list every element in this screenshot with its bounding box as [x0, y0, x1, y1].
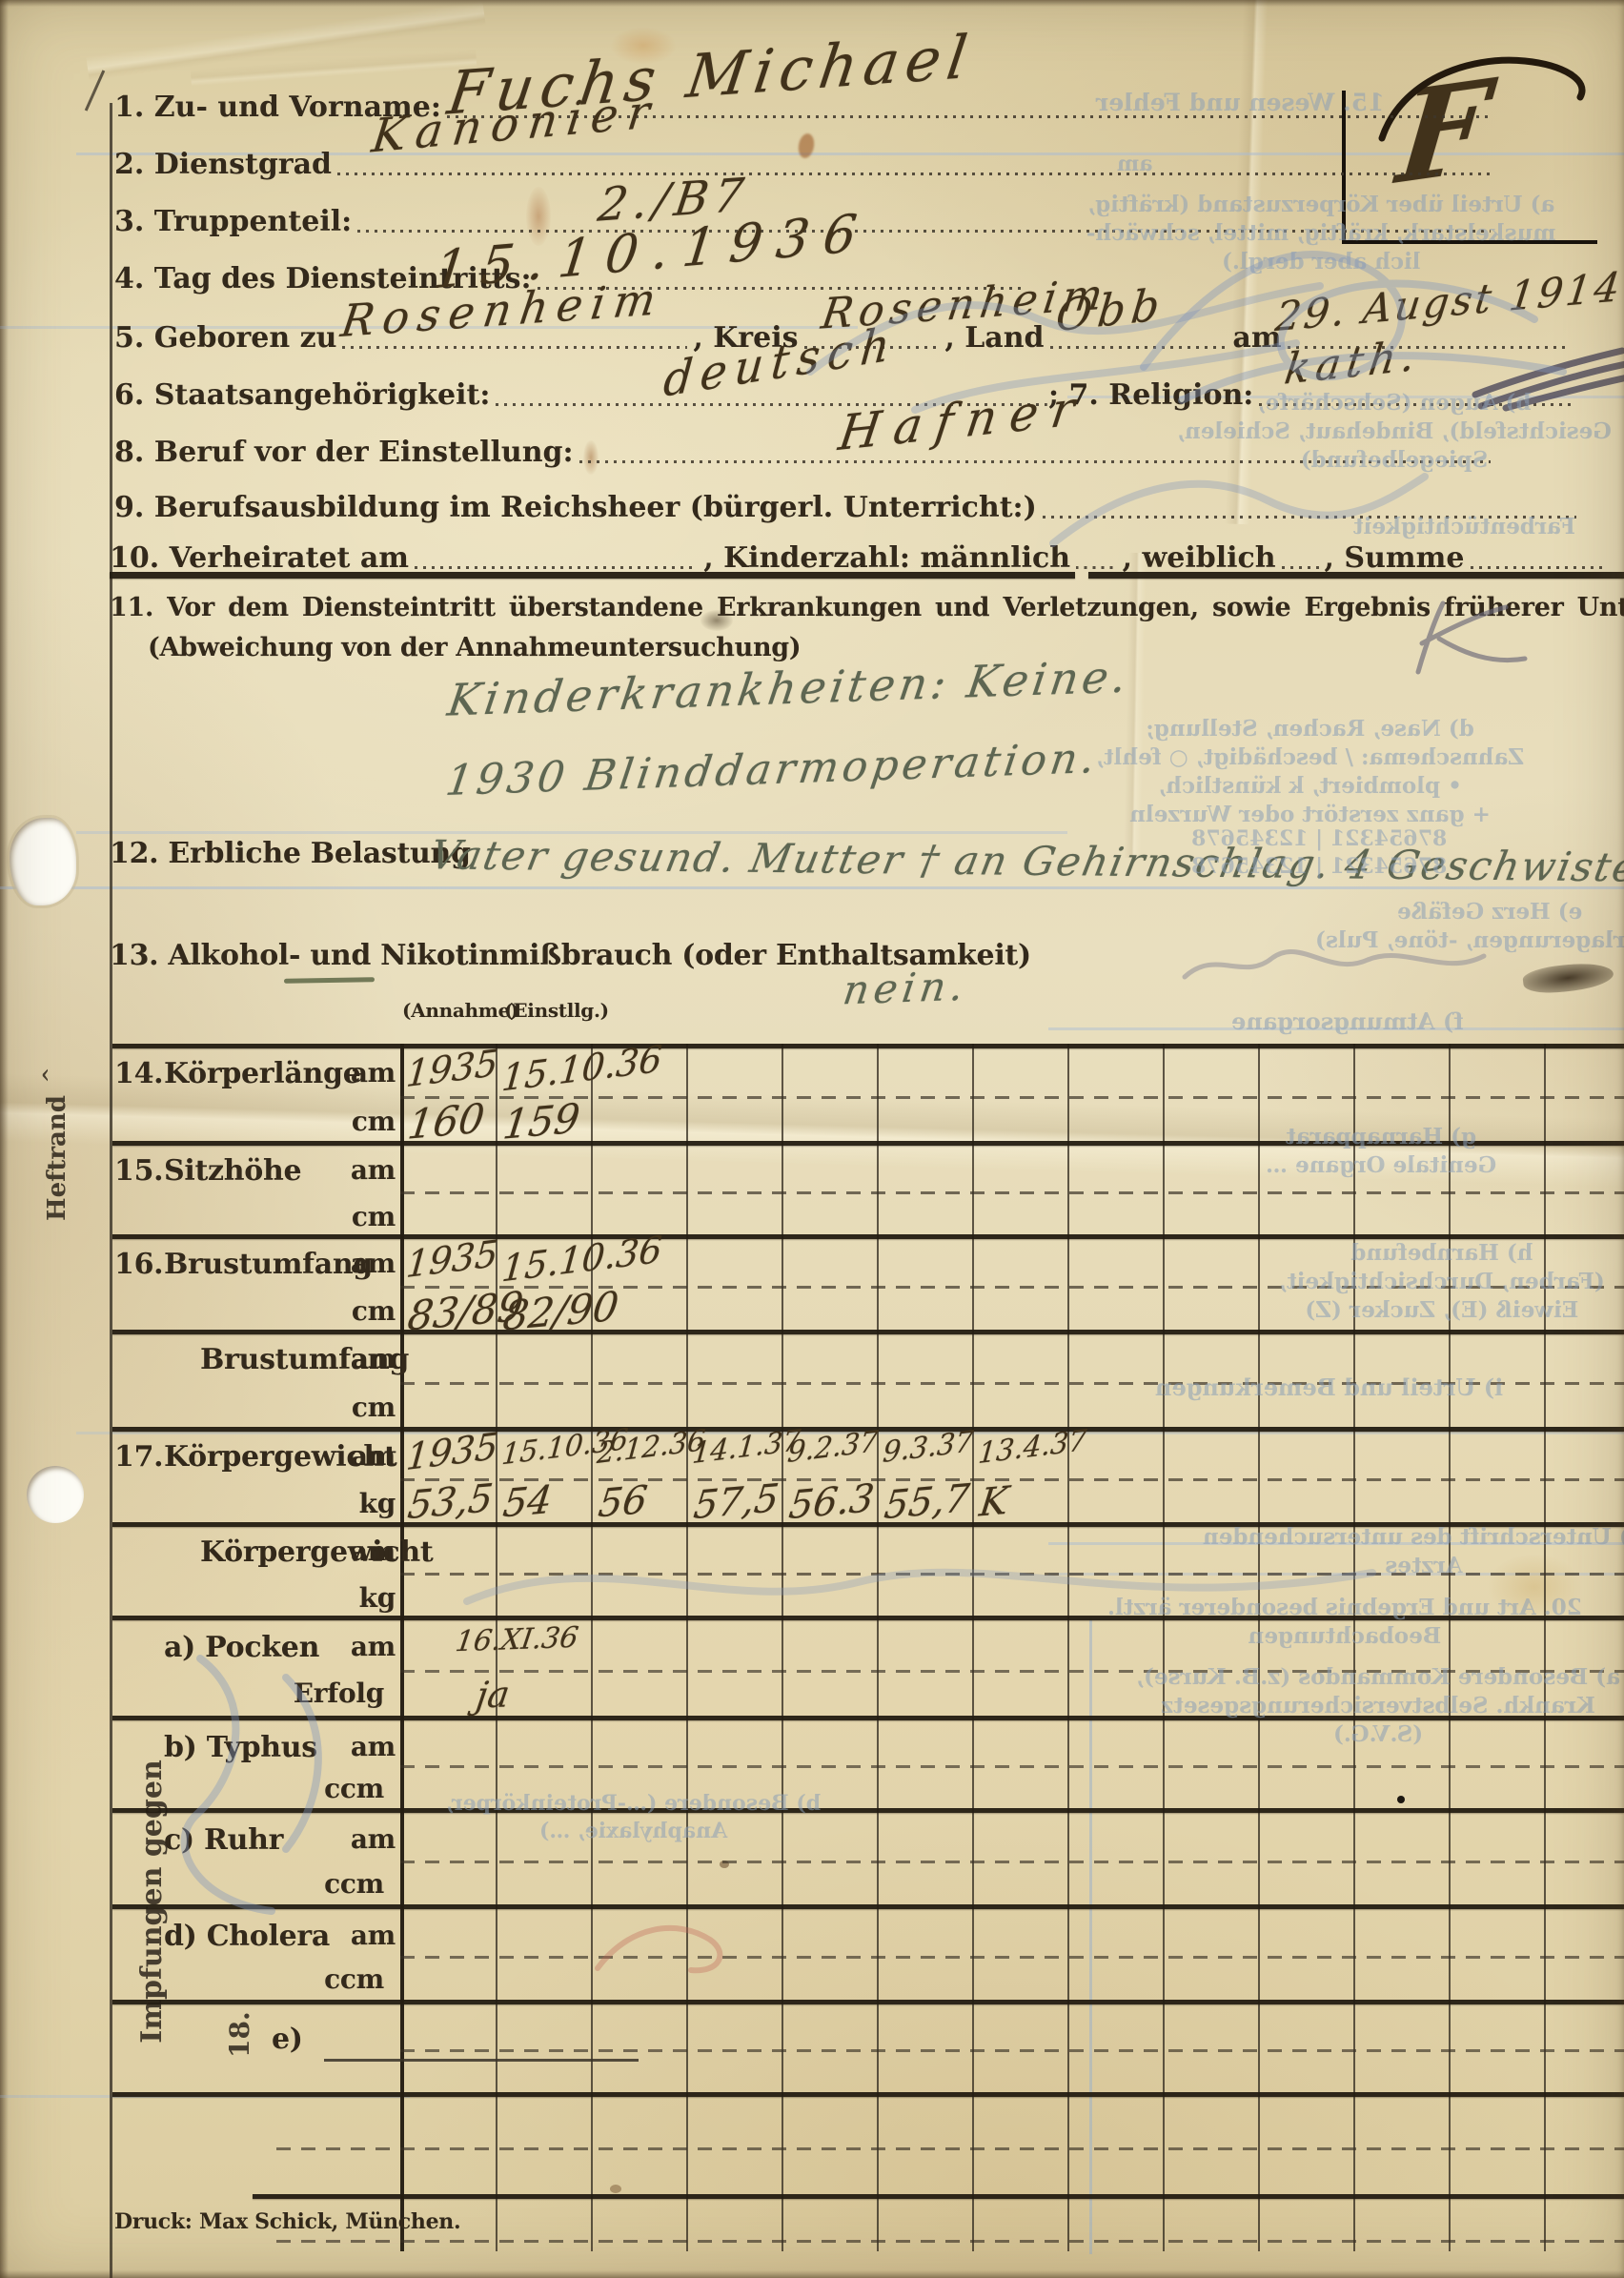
- mt-unit-top: am: [324, 1536, 396, 1567]
- ink-dot: [1397, 1796, 1405, 1803]
- bleedthrough-line: 87654321 | 12345678: [1191, 825, 1447, 853]
- bleedthrough-line: Anaphylaxie, …): [446, 1818, 821, 1845]
- table-grid-vline: [972, 1616, 974, 2251]
- field-10-kinderzahl-label: , Kinderzahl: männlich: [703, 541, 1070, 575]
- field-11-label-line2: (Abweichung von der Annahmeuntersuchung): [148, 633, 801, 662]
- bleedthrough-text: 87654321 | 1234567887654321 | 12345678: [1191, 825, 1447, 880]
- bleedthrough-line: Gesichtsfeld), Bindehaut, Schielen,: [1177, 417, 1612, 446]
- vacc-value-result: ja: [474, 1673, 513, 1716]
- bleedthrough-line: Krankh. Selbstversicherungsgesetz: [1136, 1692, 1620, 1720]
- pencil-scrawl-note: [1177, 939, 1492, 991]
- dotted-leader: [415, 565, 698, 569]
- field-5-label: 5. Geboren zu: [114, 321, 336, 355]
- scanned-form-page: Heftrand ^ Impfungen gegen F 1. Zu- und …: [0, 0, 1624, 2278]
- field-12-label: 12. Erbliche Belastung: [110, 837, 471, 870]
- bleedthrough-line: Zahnschema: / beschädigt, ○ fehlt,: [1096, 743, 1524, 772]
- vacc-e-underline: [324, 2059, 639, 2062]
- table-grid-vline: [1067, 1616, 1069, 2251]
- mt-unit-top: am: [324, 1154, 396, 1186]
- mt-value-measure: K: [977, 1478, 1011, 1525]
- mt-mid-dash: [400, 1478, 1624, 1481]
- bleedthrough-text: a) Besondere Kommandos (z.B. Kurse),Kran…: [1136, 1663, 1620, 1749]
- mt-value-date: 1935: [404, 1232, 499, 1287]
- vacc-section-num: 18.: [224, 2016, 253, 2058]
- field-2-label: 2. Dienstgrad: [114, 148, 332, 181]
- mt-value-measure: 56.3: [786, 1476, 876, 1528]
- heftrand-caret: ^: [38, 1056, 57, 1094]
- edge-top-dark: [0, 0, 1624, 7]
- bleedthrough-line: am: [1117, 151, 1153, 178]
- mt-unit-bottom: cm: [324, 1201, 396, 1232]
- bleedthrough-line: Eiweiß (E), Zucker (Z): [1279, 1296, 1605, 1325]
- bleedthrough-line: b) Besondere (…-Proteinkörper,: [446, 1790, 821, 1818]
- table-rule: [253, 2194, 1624, 2199]
- mt-unit-top: am: [324, 1440, 396, 1472]
- red-scrawl: [586, 1911, 748, 1983]
- ink-smudge-summe: [1522, 959, 1615, 996]
- mt-unit-top: am: [324, 1057, 396, 1088]
- bleedthrough-line: i) Urteil und Bemerkungen: [1155, 1373, 1503, 1402]
- field-13-underline-mark: [284, 977, 375, 984]
- table-grid-vline: [782, 1616, 783, 2251]
- section-rule: [1088, 572, 1624, 579]
- wrinkle-topleft-2: [191, 50, 477, 87]
- bleedthrough-text: am: [1117, 151, 1153, 178]
- mt-group-num: 17.: [114, 1440, 163, 1474]
- bleedthrough-text: 15. Wesen und Fehler: [1096, 88, 1385, 119]
- vacc-unit-bottom: ccm: [243, 1963, 384, 1995]
- table-rule: [112, 1330, 1624, 1334]
- mt-value-measure: 55,7: [882, 1476, 971, 1528]
- bleedthrough-line: h) Harnbefund: [1279, 1239, 1605, 1268]
- vacc-mid-dash: [400, 2049, 1624, 2052]
- blue-scrawl: [457, 1525, 1391, 1630]
- mt-unit-bottom: cm: [324, 1106, 396, 1137]
- printer-line: Druck: Max Schick, München.: [114, 2209, 460, 2234]
- table-rule: [112, 2092, 1624, 2097]
- bleedthrough-line: 15. Wesen und Fehler: [1096, 88, 1385, 119]
- dotted-leader: [342, 345, 687, 349]
- stain: [610, 2185, 621, 2193]
- mt-value-date: 1935: [404, 1042, 499, 1096]
- field-8-label: 8. Beruf vor der Einstellung:: [114, 436, 574, 469]
- mt-group-label: Sitzhöhe: [164, 1154, 301, 1188]
- blue-scrawl: [133, 1620, 419, 1944]
- mt-mid-dash: [400, 1191, 1624, 1194]
- field-3-label: 3. Truppenteil:: [114, 205, 352, 238]
- annahme-header: (Annahme): [402, 999, 505, 1022]
- field-13-value: nein.: [841, 963, 972, 1014]
- vacc-mid-dash: [276, 2147, 1624, 2150]
- dotted-leader: [337, 172, 1491, 175]
- field-11-value-line2: 1930 Blinddarmoperation.: [443, 734, 1102, 805]
- bleedthrough-line: f) Atmungsorgane: [1231, 1007, 1464, 1036]
- mt-value-measure: 54: [500, 1477, 554, 1526]
- mt-unit-top: am: [324, 1248, 396, 1279]
- mt-unit-bottom: kg: [324, 1488, 396, 1519]
- bleed-rule-vertical: [1089, 1617, 1092, 2254]
- mt-group-label: Körpergewicht: [200, 1536, 433, 1569]
- bleedthrough-text: b) Besondere (…-Proteinkörper,Anaphylaxi…: [446, 1790, 821, 1844]
- mt-group-num: 14.: [114, 1057, 163, 1090]
- mt-value-measure: 160: [405, 1094, 487, 1149]
- blue-scrawl: [801, 229, 1334, 419]
- edge-bottom-dark: [0, 2270, 1624, 2278]
- bleedthrough-line: Genitale Organe …: [1266, 1151, 1496, 1180]
- bleedthrough-line: g) Harnapparat: [1266, 1123, 1496, 1151]
- bleedthrough-line: • plombiert, k künstlich,: [1096, 772, 1524, 801]
- dotted-leader: [1471, 565, 1606, 569]
- bleedthrough-line: 87654321 | 12345678: [1191, 853, 1447, 881]
- bleedthrough-text: f) Atmungsorgane: [1231, 1007, 1464, 1036]
- bleedthrough-line: d) Nase, Rachen, Stellung;: [1096, 715, 1524, 743]
- bleedthrough-text: h) Harnbefund(Farben, Durchsichtigkeit,E…: [1279, 1239, 1605, 1325]
- mt-unit-bottom: kg: [324, 1582, 396, 1614]
- vacc-mid-dash: [400, 1861, 1624, 1863]
- mt-unit-bottom: cm: [324, 1392, 396, 1423]
- mt-value-measure: 159: [500, 1094, 582, 1149]
- vacc-mid-dash: [276, 2240, 1624, 2243]
- vacc-mid-dash: [400, 1956, 1624, 1959]
- blue-scrawl: [1039, 448, 1439, 572]
- bleedthrough-line: (S.V.G.): [1136, 1720, 1620, 1749]
- edge-left-dark: [0, 0, 9, 2278]
- bleedthrough-line: e) Herz Gefäße: [1315, 898, 1624, 926]
- table-rule: [112, 1044, 1624, 1048]
- einstllg-header: (Einstllg.): [503, 999, 610, 1022]
- mt-unit-bottom: cm: [324, 1295, 396, 1327]
- mt-value-measure: 57,5: [691, 1476, 781, 1528]
- margin-rule-hook: [85, 70, 105, 111]
- pencil-k-mark: [1401, 596, 1534, 686]
- mt-value-measure: 53,5: [405, 1476, 495, 1528]
- mt-group-num: 16.: [114, 1248, 163, 1281]
- table-grid-vline: [877, 1616, 879, 2251]
- bleedthrough-text: g) HarnapparatGenitale Organe …: [1266, 1123, 1496, 1180]
- field-6-label: 6. Staatsangehörigkeit:: [114, 378, 490, 412]
- vacc-group-label: e): [272, 2023, 303, 2056]
- field-11-label-line1: 11. Vor dem Diensteintritt überstandene …: [110, 593, 1624, 622]
- mt-group-num: 15.: [114, 1154, 163, 1188]
- bleedthrough-text: d) Nase, Rachen, Stellung;Zahnschema: / …: [1096, 715, 1524, 829]
- mt-value-measure: 56: [596, 1477, 649, 1526]
- mt-unit-top: am: [324, 1343, 396, 1374]
- mt-mid-dash: [400, 1096, 1624, 1099]
- bleedthrough-line: a) Besondere Kommandos (z.B. Kurse),: [1136, 1663, 1620, 1692]
- bleedthrough-text: i) Urteil und Bemerkungen: [1155, 1373, 1503, 1402]
- field-9-label: 9. Berufsausbildung im Reichsheer (bürge…: [114, 491, 1037, 524]
- bleedthrough-line: (Farben, Durchsichtigkeit,: [1279, 1268, 1605, 1296]
- field-10-label: 10. Verheiratet am: [110, 541, 409, 575]
- vacc-mid-dash: [400, 1765, 1624, 1768]
- punch-hole: [27, 1466, 84, 1523]
- section-rule: [110, 572, 1075, 579]
- punch-hole-torn: [10, 818, 76, 905]
- margin-rule: [110, 103, 112, 2278]
- wrinkle-topleft: [86, 1, 486, 81]
- table-rule: [112, 2000, 1624, 2004]
- heftrand-text: Heftrand: [43, 1095, 71, 1221]
